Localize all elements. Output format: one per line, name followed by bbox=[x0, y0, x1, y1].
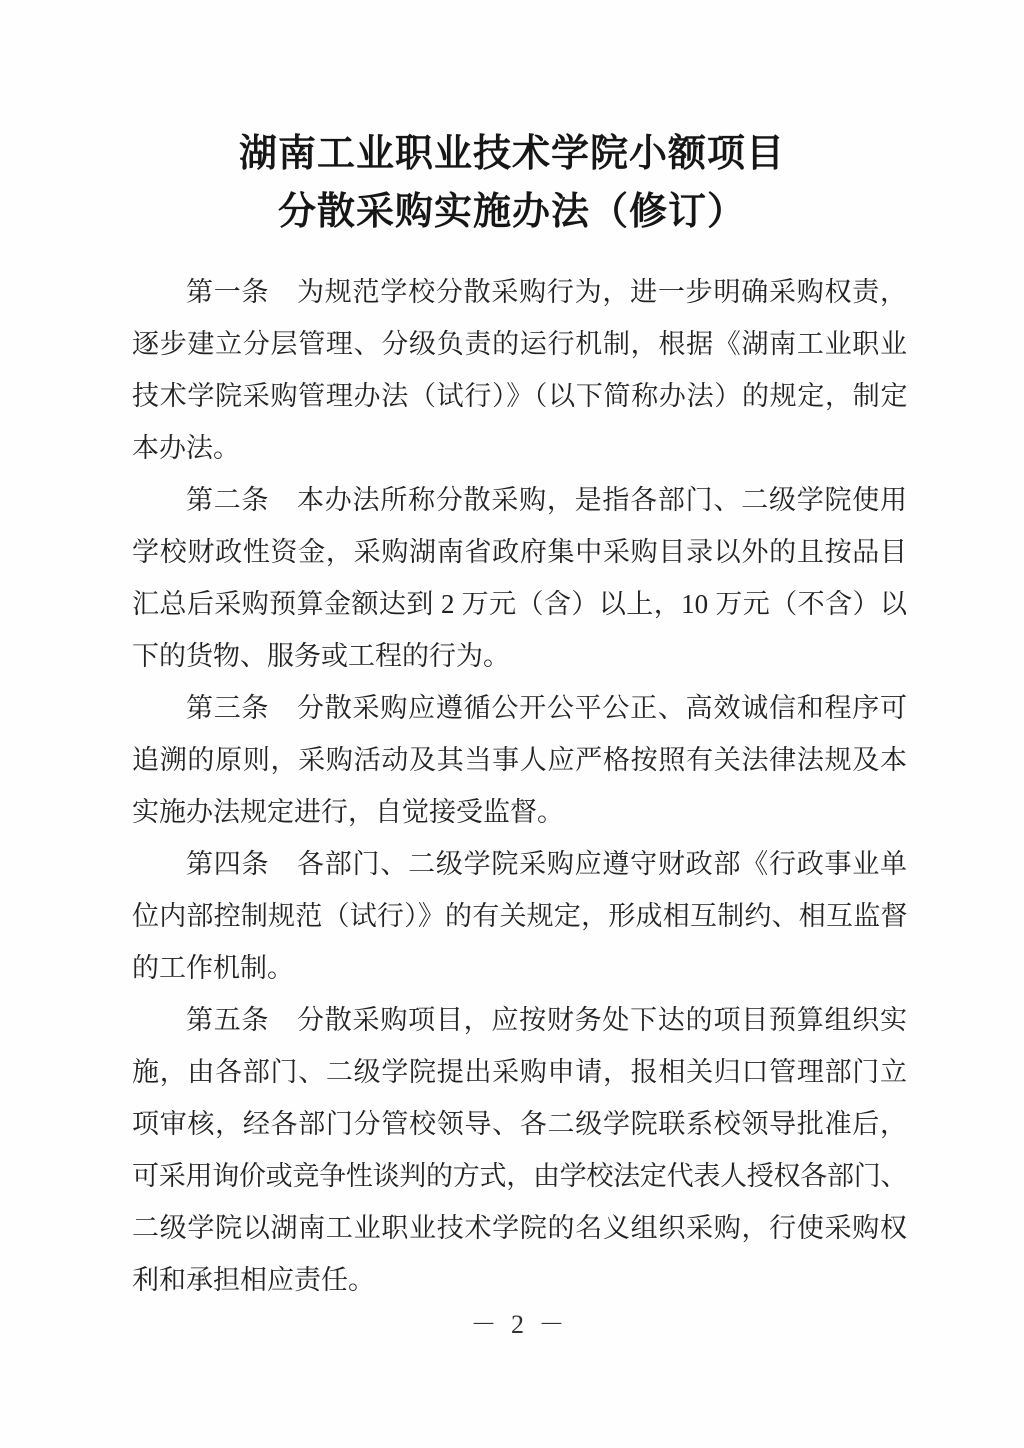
text-line: 第三条 分散采购应遵循公开公平公正、高效诚信和程序可 bbox=[132, 682, 907, 734]
text-line: 项审核，经各部门分管校领导、各二级学院联系校领导批准后， bbox=[132, 1098, 907, 1150]
text-line: 施，由各部门、二级学院提出采购申请，报相关归口管理部门立 bbox=[132, 1046, 907, 1098]
document-title-line-2: 分散采购实施办法（修订） bbox=[0, 183, 1024, 241]
text-line: 二级学院以湖南工业职业技术学院的名义组织采购，行使采购权 bbox=[132, 1202, 907, 1254]
article-paragraph-2: 第二条 本办法所称分散采购，是指各部门、二级学院使用 学校财政性资金，采购湖南省… bbox=[132, 474, 907, 682]
text-line: 逐步建立分层管理、分级负责的运行机制，根据《湖南工业职业 bbox=[132, 318, 907, 370]
text-line: 技术学院采购管理办法（试行）》（以下简称办法）的规定，制定 bbox=[132, 370, 907, 422]
text-line: 学校财政性资金，采购湖南省政府集中采购目录以外的且按品目 bbox=[132, 526, 907, 578]
document-title: 湖南工业职业技术学院小额项目 分散采购实施办法（修订） bbox=[0, 125, 1024, 241]
article-paragraph-4: 第四条 各部门、二级学院采购应遵守财政部《行政事业单 位内部控制规范（试行）》的… bbox=[132, 838, 907, 994]
article-paragraph-3: 第三条 分散采购应遵循公开公平公正、高效诚信和程序可 追溯的原则，采购活动及其当… bbox=[132, 682, 907, 838]
article-paragraph-1: 第一条 为规范学校分散采购行为，进一步明确采购权责， 逐步建立分层管理、分级负责… bbox=[132, 266, 907, 474]
page-number: － 2 － bbox=[132, 1310, 907, 1340]
text-line: 第一条 为规范学校分散采购行为，进一步明确采购权责， bbox=[132, 266, 907, 318]
text-line: 位内部控制规范（试行）》的有关规定，形成相互制约、相互监督 bbox=[132, 890, 907, 942]
text-line: 下的货物、服务或工程的行为。 bbox=[132, 630, 907, 682]
text-line: 可采用询价或竞争性谈判的方式，由学校法定代表人授权各部门、 bbox=[132, 1150, 907, 1202]
document-body: 第一条 为规范学校分散采购行为，进一步明确采购权责， 逐步建立分层管理、分级负责… bbox=[132, 266, 907, 1306]
text-line: 利和承担相应责任。 bbox=[132, 1254, 907, 1306]
document-page: 湖南工业职业技术学院小额项目 分散采购实施办法（修订） 第一条 为规范学校分散采… bbox=[0, 0, 1024, 1448]
document-title-line-1: 湖南工业职业技术学院小额项目 bbox=[0, 125, 1024, 183]
text-line: 本办法。 bbox=[132, 422, 907, 474]
text-line: 追溯的原则，采购活动及其当事人应严格按照有关法律法规及本 bbox=[132, 734, 907, 786]
text-line: 汇总后采购预算金额达到 2 万元（含）以上，10 万元（不含）以 bbox=[132, 578, 907, 630]
text-line: 第四条 各部门、二级学院采购应遵守财政部《行政事业单 bbox=[132, 838, 907, 890]
text-line: 的工作机制。 bbox=[132, 942, 907, 994]
text-line: 第五条 分散采购项目，应按财务处下达的项目预算组织实 bbox=[132, 994, 907, 1046]
text-line: 第二条 本办法所称分散采购，是指各部门、二级学院使用 bbox=[132, 474, 907, 526]
text-line: 实施办法规定进行，自觉接受监督。 bbox=[132, 786, 907, 838]
article-paragraph-5: 第五条 分散采购项目，应按财务处下达的项目预算组织实 施，由各部门、二级学院提出… bbox=[132, 994, 907, 1306]
